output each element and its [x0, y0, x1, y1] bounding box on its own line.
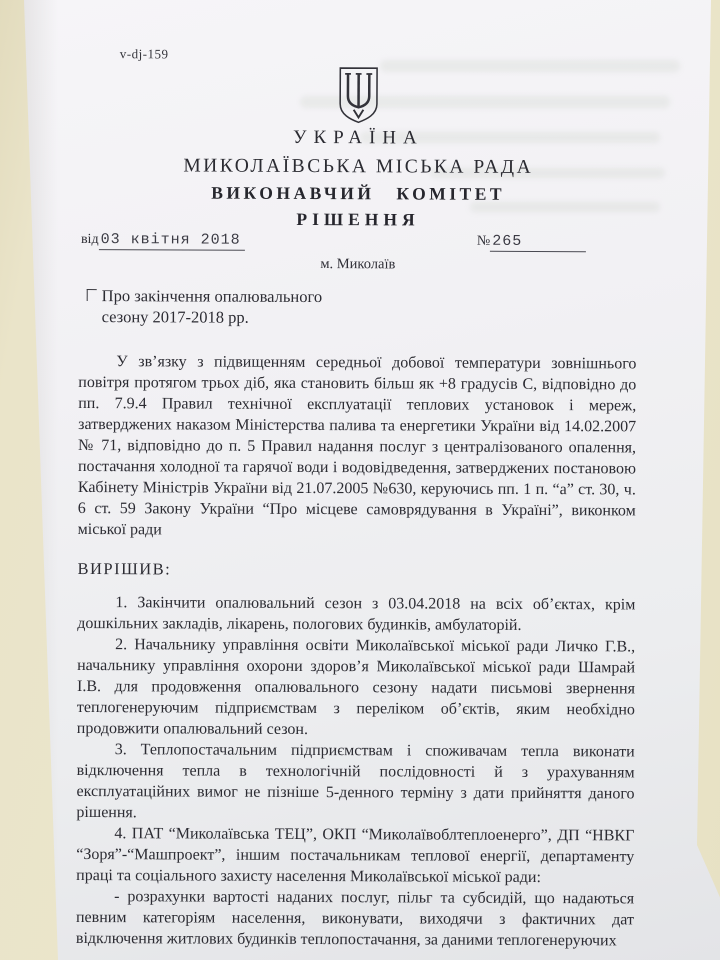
date-value: 03 квітня 2018	[99, 231, 245, 251]
decision-subitem-calculations: - розрахунки вартості наданих послуг, пі…	[76, 886, 634, 951]
decision-item-3: 3. Теплопостачальним підприємствам і спо…	[76, 739, 634, 825]
date-label: від	[81, 232, 99, 247]
paper-edge-shadow	[24, 0, 58, 960]
decision-item-1: 1. Закінчити опалювальний сезон з 03.04.…	[77, 592, 635, 636]
paper-sheet: v-dj-159 УКРАЇНА МИКОЛАЇВСЬКА МІСЬКА РАД…	[0, 0, 720, 960]
resolved-heading: ВИРІШИВ:	[77, 558, 635, 581]
ukraine-trident-emblem-icon	[333, 65, 383, 125]
city-name: м. Миколаїв	[79, 255, 637, 274]
document-type-title: РІШЕННЯ	[79, 207, 637, 231]
country-title: УКРАЇНА	[79, 126, 637, 150]
subject-block: Про закінчення опалювального сезону 2017…	[102, 285, 432, 328]
decision-item-2: 2. Начальнику управління освіти Миколаїв…	[77, 634, 635, 741]
subject-line-2: сезону 2017-2018 рр.	[102, 306, 432, 328]
subject-line-1: Про закінчення опалювального	[102, 285, 432, 307]
number-label: №	[477, 234, 490, 249]
preamble-paragraph: У зв’язку з підвищенням середньої добово…	[78, 351, 637, 542]
photographed-document-page: { "colors": { "background": "#ece7cd", "…	[0, 0, 720, 960]
emblem-container	[79, 64, 637, 126]
corner-mark	[87, 289, 97, 301]
document-code: v-dj-159	[120, 46, 638, 64]
number-value: 265	[490, 233, 586, 252]
document-content: v-dj-159 УКРАЇНА МИКОЛАЇВСЬКА МІСЬКА РАД…	[76, 0, 638, 951]
committee-title: ВИКОНАВЧИЙ КОМІТЕТ	[79, 181, 637, 206]
date-field: від03 квітня 2018	[81, 230, 245, 249]
decision-item-4: 4. ПАТ “Миколаївська ТЕЦ”, ОКП “Миколаїв…	[76, 823, 634, 888]
date-number-row: від03 квітня 2018 №265	[79, 230, 637, 256]
number-field: №265	[477, 232, 586, 250]
council-title: МИКОЛАЇВСЬКА МІСЬКА РАДА	[79, 154, 637, 179]
